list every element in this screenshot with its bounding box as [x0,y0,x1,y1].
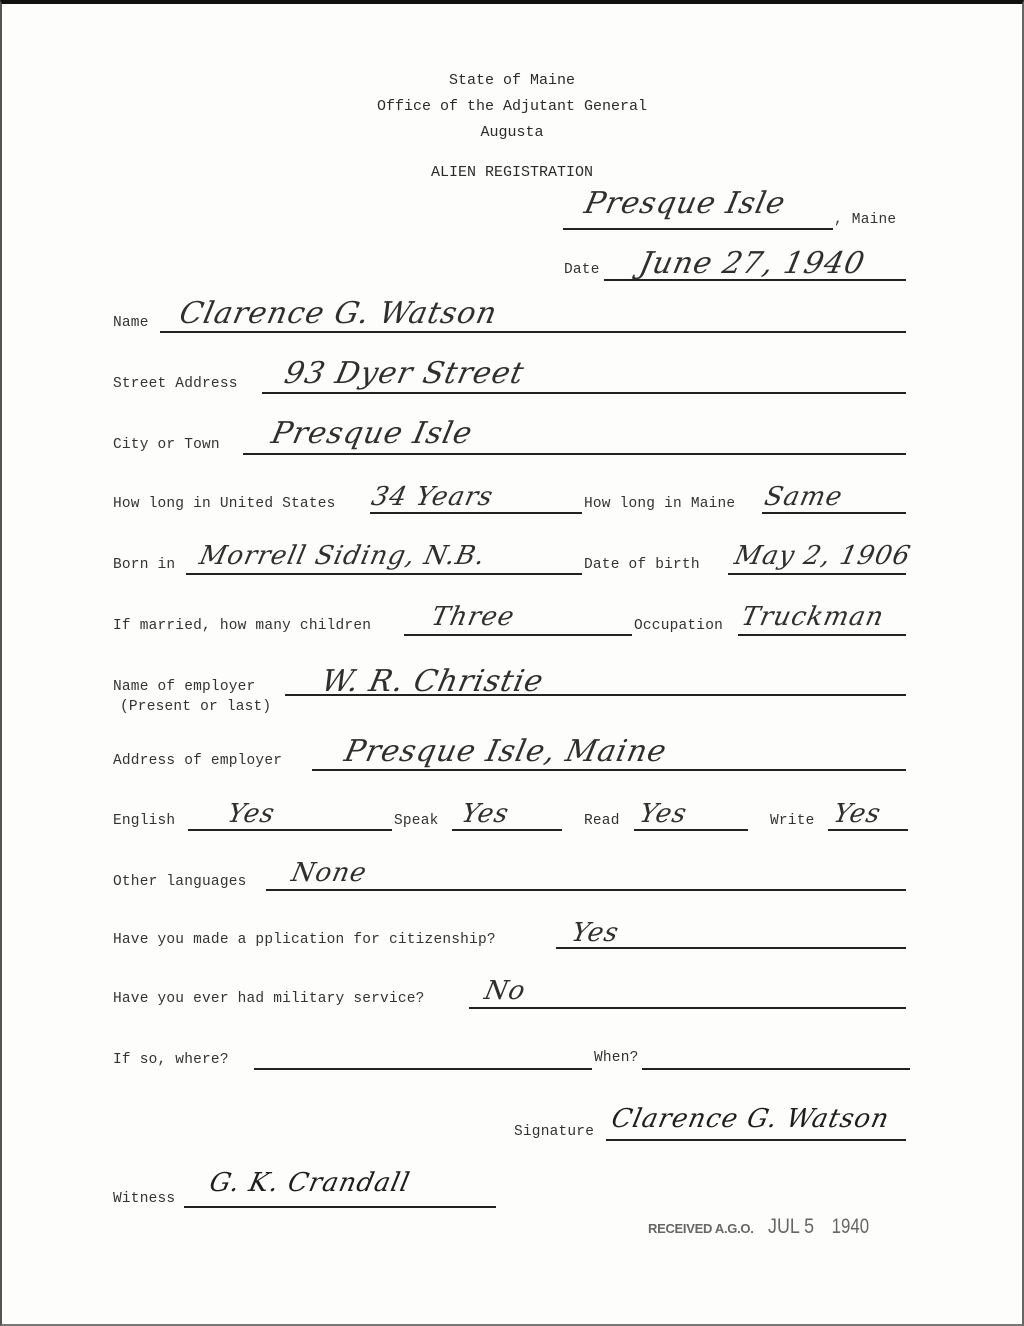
stamp-text: RECEIVED A.G.O. [648,1221,754,1236]
how-long-us-line [370,512,582,514]
header-office: Office of the Adjutant General [0,98,1024,115]
stamp-year: 1940 [831,1215,868,1239]
how-long-maine-label: How long in Maine [584,496,735,512]
street-address-line [262,392,906,394]
city-value: Presque Isle [268,416,476,451]
header-state: State of Maine [0,72,1024,89]
occupation-line [738,634,906,636]
other-languages-label: Other languages [113,874,247,890]
employer-name-line [285,694,906,696]
children-label: If married, how many children [113,618,371,634]
military-line [469,1007,906,1009]
witness-label: Witness [113,1191,175,1207]
stamp-date: JUL 5 [768,1215,814,1239]
how-long-maine-value: Same [762,482,846,512]
english-value: Yes [225,799,278,829]
born-in-value: Morrell Siding, N.B. [197,541,489,571]
children-value: Three [429,602,518,632]
street-address-label: Street Address [113,376,238,392]
date-of-birth-label: Date of birth [584,557,700,573]
children-line [404,634,632,636]
signature-value: Clarence G. Watson [609,1104,892,1134]
born-in-label: Born in [113,557,175,573]
citizenship-line [556,947,906,949]
english-label: English [113,813,175,829]
occupation-value: Truckman [739,602,887,632]
employer-name-label: Name of employer [113,679,255,695]
header-city: Augusta [0,124,1024,141]
speak-label: Speak [394,813,439,829]
when-line [642,1068,910,1070]
witness-value: G. K. Crandall [207,1168,413,1198]
when-label: When? [594,1050,639,1066]
employer-address-value: Presque Isle, Maine [341,734,670,769]
place-suffix: , Maine [834,212,896,228]
date-of-birth-line [728,573,906,575]
other-languages-line [266,889,906,891]
write-label: Write [770,813,815,829]
date-line [604,279,906,281]
how-long-us-label: How long in United States [113,496,336,512]
write-value: Yes [831,799,884,829]
received-stamp: RECEIVED A.G.O. JUL 5 1940 [648,1215,873,1239]
city-label: City or Town [113,437,220,453]
english-line [188,829,392,831]
write-line [828,829,908,831]
date-value: June 27, 1940 [636,246,868,281]
employer-address-line [312,769,906,771]
employer-address-label: Address of employer [113,753,282,769]
place-line [563,228,833,230]
other-languages-value: None [289,858,370,888]
how-long-maine-line [762,512,906,514]
born-in-line [186,573,582,575]
date-label: Date [564,262,600,278]
city-line [243,453,906,455]
speak-line [452,829,562,831]
read-value: Yes [637,799,690,829]
how-long-us-value: 34 Years [369,482,496,512]
where-line [254,1068,592,1070]
signature-label: Signature [514,1124,594,1140]
citizenship-label: Have you made a pplication for citizensh… [113,932,496,948]
employer-name-sublabel: (Present or last) [120,699,271,715]
date-of-birth-value: May 2, 1906 [732,541,914,571]
name-label: Name [113,315,149,331]
place-value: Presque Isle [581,186,789,221]
form-title: ALIEN REGISTRATION [0,164,1024,181]
street-address-value: 93 Dyer Street [281,356,527,391]
name-value: Clarence G. Watson [176,296,500,331]
name-line [160,331,906,333]
occupation-label: Occupation [634,618,723,634]
speak-value: Yes [459,799,512,829]
read-line [634,829,748,831]
military-label: Have you ever had military service? [113,991,425,1007]
signature-line [606,1139,906,1141]
where-label: If so, where? [113,1052,229,1068]
military-value: No [482,976,529,1006]
witness-line [184,1206,496,1208]
citizenship-value: Yes [569,918,622,948]
read-label: Read [584,813,620,829]
